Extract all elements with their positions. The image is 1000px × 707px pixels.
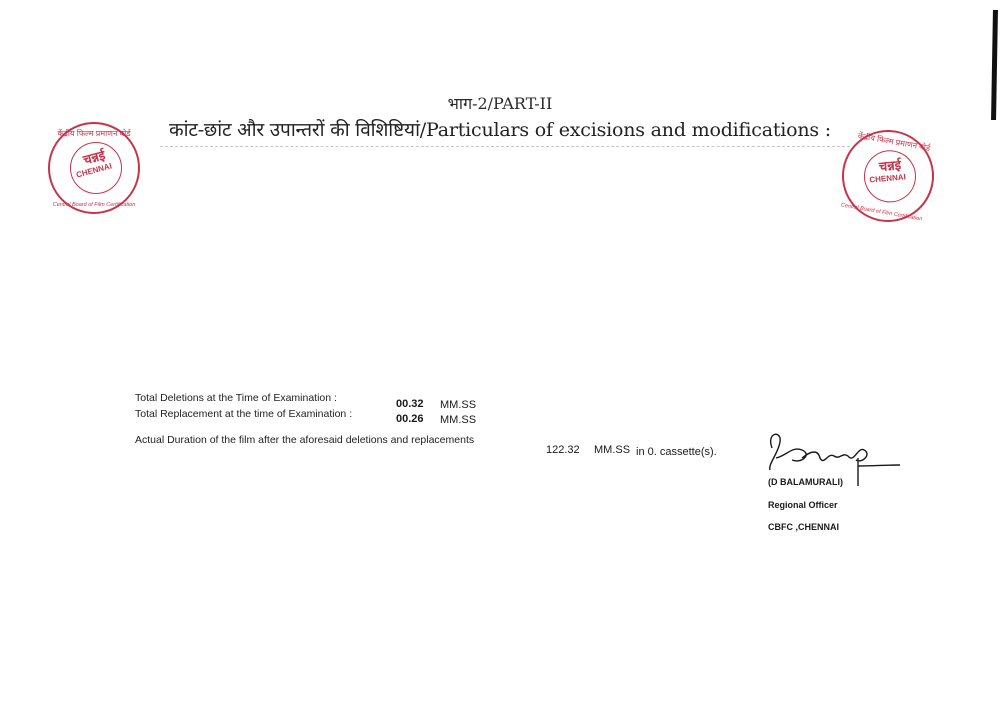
signatory-title: Regional Officer	[768, 500, 838, 510]
replacement-label: Total Replacement at the time of Examina…	[135, 408, 352, 420]
part-label: भाग-2/PART-II	[0, 92, 1000, 114]
deletions-label: Total Deletions at the Time of Examinati…	[135, 392, 337, 404]
duration-unit: MM.SS	[594, 444, 630, 456]
replacement-value: 00.26	[396, 413, 424, 425]
replacement-unit: MM.SS	[440, 414, 476, 426]
seal-ring-bottom: Central Board of Film Certification	[50, 202, 138, 208]
signatory-office: CBFC ,CHENNAI	[768, 522, 839, 532]
duration-value: 122.32	[546, 444, 580, 456]
deletions-unit: MM.SS	[440, 399, 476, 411]
cbfc-seal-left: केंद्रीय फिल्म प्रमाणन बोर्ड चन्नई CHENN…	[48, 122, 140, 214]
seal-ring-bottom: Central Board of Film Certification	[838, 202, 926, 223]
faint-rule	[160, 146, 850, 147]
deletions-value: 00.32	[396, 398, 424, 410]
duration-label: Actual Duration of the film after the af…	[135, 434, 474, 446]
cassette-count: in 0. cassette(s).	[636, 446, 717, 458]
seal-ring-text: केंद्रीय फिल्म प्रमाणन बोर्ड	[50, 128, 138, 139]
signatory-name: (D BALAMURALI)	[768, 477, 843, 487]
